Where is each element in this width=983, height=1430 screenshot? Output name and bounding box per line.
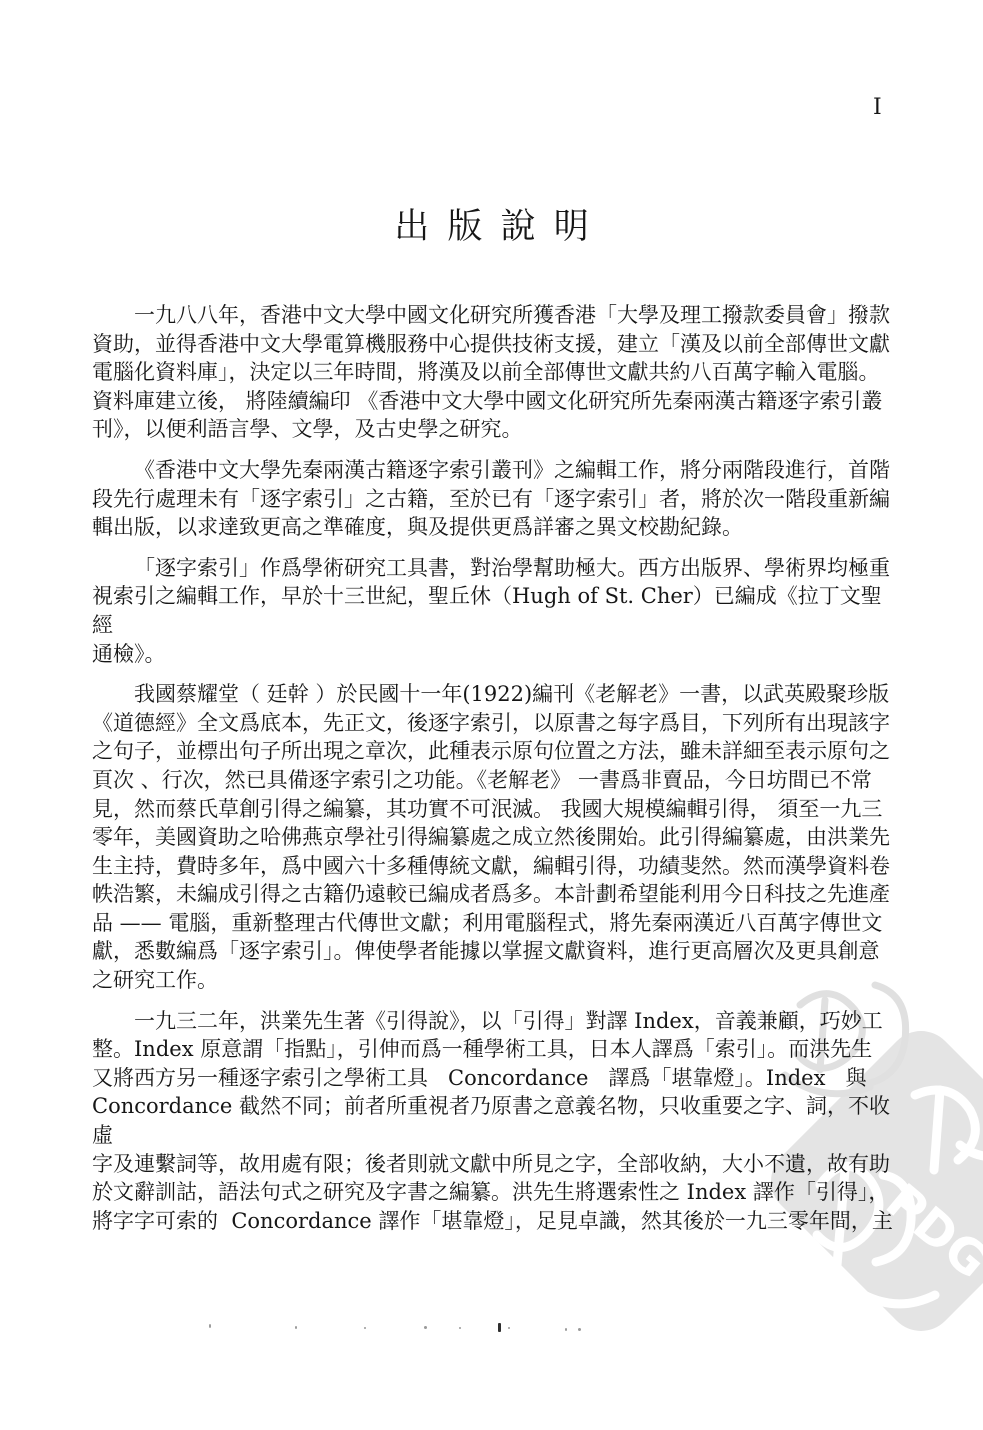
- text-line: 之句子，並標出句子所出現之章次，此種表示原句位置之方法，雖未詳細至表示原句之: [92, 737, 898, 766]
- text-line: 一九八八年，香港中文大學中國文化研究所獲香港「大學及理工撥款委員會」撥款: [92, 301, 898, 330]
- scan-speckle: [424, 1326, 427, 1329]
- text-line: 又將西方另一種逐字索引之學術工具 Concordance 譯爲「堪靠燈」。Ind…: [92, 1064, 898, 1093]
- scan-speckle: [364, 1327, 366, 1329]
- text-line: 「逐字索引」作爲學術研究工具書，對治學幫助極大。西方出版界、學術界均極重: [92, 554, 898, 583]
- text-line: 整。Index 原意謂「指點」，引伸而爲一種學術工具，日本人譯爲「索引」。而洪先…: [92, 1035, 898, 1064]
- text-line: 《道德經》全文爲底本，先正文，後逐字索引，以原書之每字爲目，下列所有出現該字: [92, 709, 898, 738]
- page-title: 出版說明: [0, 199, 983, 249]
- text-line: 頁次 、行次，然已具備逐字索引之功能。《老解老》 一書爲非賣品，今日坊間已不常: [92, 766, 898, 795]
- text-line: 於文辭訓詁，語法句式之研究及字書之編纂。洪先生將選索性之 Index 譯作「引得…: [92, 1178, 898, 1207]
- text-line: Concordance 截然不同；前者所重視者乃原書之意義名物，只收重要之字、詞…: [92, 1092, 898, 1149]
- text-line: 一九三二年，洪業先生著《引得說》，以「引得」對譯 Index，音義兼顧，巧妙工: [92, 1007, 898, 1036]
- text-line: 電腦化資料庫」，決定以三年時間，將漢及以前全部傳世文獻共約八百萬字輸入電腦。: [92, 358, 898, 387]
- text-line: 刊》，以便利語言學、文學，及古史學之研究。: [92, 415, 898, 444]
- scan-speckle: [565, 1328, 567, 1331]
- text-line: 輯出版，以求達致更高之準確度，與及提供更爲詳審之異文校勘紀錄。: [92, 513, 898, 542]
- text-line: 零年，美國資助之哈佛燕京學社引得編纂處之成立然後開始。此引得編纂處，由洪業先: [92, 823, 898, 852]
- scan-speckle: [295, 1326, 297, 1329]
- text-line: 帙浩繁，未編成引得之古籍仍遠較已編成者爲多。本計劃希望能利用今日科技之先進產: [92, 880, 898, 909]
- text-line: 段先行處理未有「逐字索引」之古籍，至於已有「逐字索引」者，將於次一階段重新編: [92, 485, 898, 514]
- text-line: 品 —— 電腦，重新整理古代傳世文獻；利用電腦程式，將先秦兩漢近八百萬字傳世文: [92, 909, 898, 938]
- paragraph: 《香港中文大學先秦兩漢古籍逐字索引叢刊》之編輯工作，將分兩階段進行，首階段先行處…: [92, 456, 898, 542]
- paragraph: 「逐字索引」作爲學術研究工具書，對治學幫助極大。西方出版界、學術界均極重視索引之…: [92, 554, 898, 668]
- text-line: 通檢》。: [92, 640, 898, 669]
- text-line: 我國蔡耀堂（ 廷幹 ）於民國十一年(1922)編刊《老解老》一書，以武英殿聚珍版: [92, 680, 898, 709]
- text-line: 生主持，費時多年，爲中國六十多種傳統文獻，編輯引得，功績斐然。然而漢學資料卷: [92, 852, 898, 881]
- text-line: 之研究工作。: [92, 966, 898, 995]
- body-text: 一九八八年，香港中文大學中國文化研究所獲香港「大學及理工撥款委員會」撥款資助，並…: [92, 301, 898, 1235]
- scanned-page: PDG I 出版說明 一九八八年，香港中文大學中國文化研究所獲香港「大學及理工撥…: [0, 0, 983, 1430]
- text-line: 資料庫建立後， 將陸續編印 《香港中文大學中國文化研究所先秦兩漢古籍逐字索引叢: [92, 387, 898, 416]
- paragraph: 一九三二年，洪業先生著《引得說》，以「引得」對譯 Index，音義兼顧，巧妙工整…: [92, 1007, 898, 1236]
- text-line: 獻，悉數編爲「逐字索引」。俾使學者能據以掌握文獻資料，進行更高層次及更具創意: [92, 937, 898, 966]
- page-number: I: [873, 95, 882, 120]
- text-line: 資助，並得香港中文大學電算機服務中心提供技術支援，建立「漢及以前全部傳世文獻: [92, 330, 898, 359]
- scan-speckle: [498, 1323, 501, 1332]
- scan-speckle: [459, 1327, 461, 1329]
- text-line: 將字字可索的 Concordance 譯作「堪靠燈」，足見卓識，然其後於一九三零…: [92, 1207, 898, 1236]
- text-line: 《香港中文大學先秦兩漢古籍逐字索引叢刊》之編輯工作，將分兩階段進行，首階: [92, 456, 898, 485]
- scan-speckle: [578, 1328, 581, 1331]
- paragraph: 一九八八年，香港中文大學中國文化研究所獲香港「大學及理工撥款委員會」撥款資助，並…: [92, 301, 898, 444]
- paragraph: 我國蔡耀堂（ 廷幹 ）於民國十一年(1922)編刊《老解老》一書，以武英殿聚珍版…: [92, 680, 898, 995]
- text-line: 字及連繫詞等，故用處有限；後者則就文獻中所見之字，全部收納，大小不遺，故有助: [92, 1150, 898, 1179]
- text-line: 見，然而蔡氏草創引得之編纂，其功實不可泯滅。 我國大規模編輯引得， 須至一九三: [92, 795, 898, 824]
- scan-speckle: [209, 1324, 211, 1328]
- text-line: 視索引之編輯工作，早於十三世紀，聖丘休（Hugh of St. Cher）已編成…: [92, 582, 898, 639]
- scan-speckle: [508, 1327, 510, 1329]
